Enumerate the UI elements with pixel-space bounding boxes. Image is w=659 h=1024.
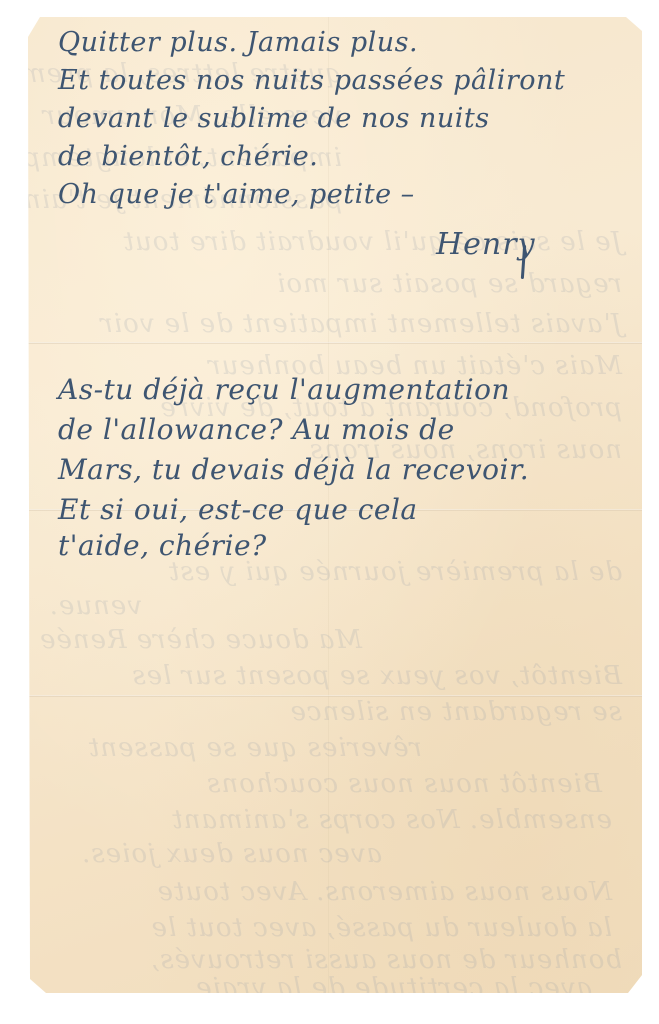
bleed-line: rêveries que se passent [88, 733, 422, 763]
bleed-line: se regardant en silence [290, 697, 622, 727]
bleed-line: venue. [49, 591, 142, 621]
postscript-line: t'aide, chérie? [58, 529, 267, 562]
postscript-line: Mars, tu devais déjà la recevoir. [58, 453, 529, 486]
bleed-line: avec nous deux joies. [81, 839, 382, 869]
letter-page: quatre lettres, la première vers elle. M… [28, 17, 642, 993]
closing-line: Et toutes nos nuits passées pâliront [58, 65, 565, 96]
bleed-line: Nous nous aimerons. Avec toute [157, 877, 612, 907]
closing-line: Quitter plus. Jamais plus. [58, 27, 418, 58]
bleed-line: ensemble. Nos corps s'animant [171, 805, 612, 835]
closing-line: de bientôt, chérie. [58, 141, 318, 172]
bleed-line: J'avais tellement impatient de le voir [99, 309, 622, 339]
bleed-line: Bientôt nous nous couchons [206, 769, 602, 799]
bleed-line: avec la certitude de la vraie [195, 973, 592, 1003]
closing-line: devant le sublime de nos nuits [58, 103, 490, 134]
bleed-line: Bientôt, vos yeux se posent sur les [131, 661, 622, 691]
signature: Henry [436, 227, 536, 262]
paper-fold-line [28, 695, 642, 697]
bleed-line: la douleur du passé, avec tout le [151, 913, 612, 943]
bleed-line: Ma douce chère Renée [39, 625, 362, 655]
bleed-line: Je le sais ce qu'il voudrait dire tout [123, 227, 622, 257]
postscript-line: de l'allowance? Au mois de [58, 413, 455, 446]
postscript-line: Et si oui, est-ce que cela [58, 493, 418, 526]
bleed-line: bonheur de nous aussi retrouvés, [150, 945, 622, 975]
paper-fold-line [28, 342, 642, 344]
postscript-line: As-tu déjà reçu l'augmentation [58, 373, 510, 406]
closing-line: Oh que je t'aime, petite – [58, 179, 415, 210]
